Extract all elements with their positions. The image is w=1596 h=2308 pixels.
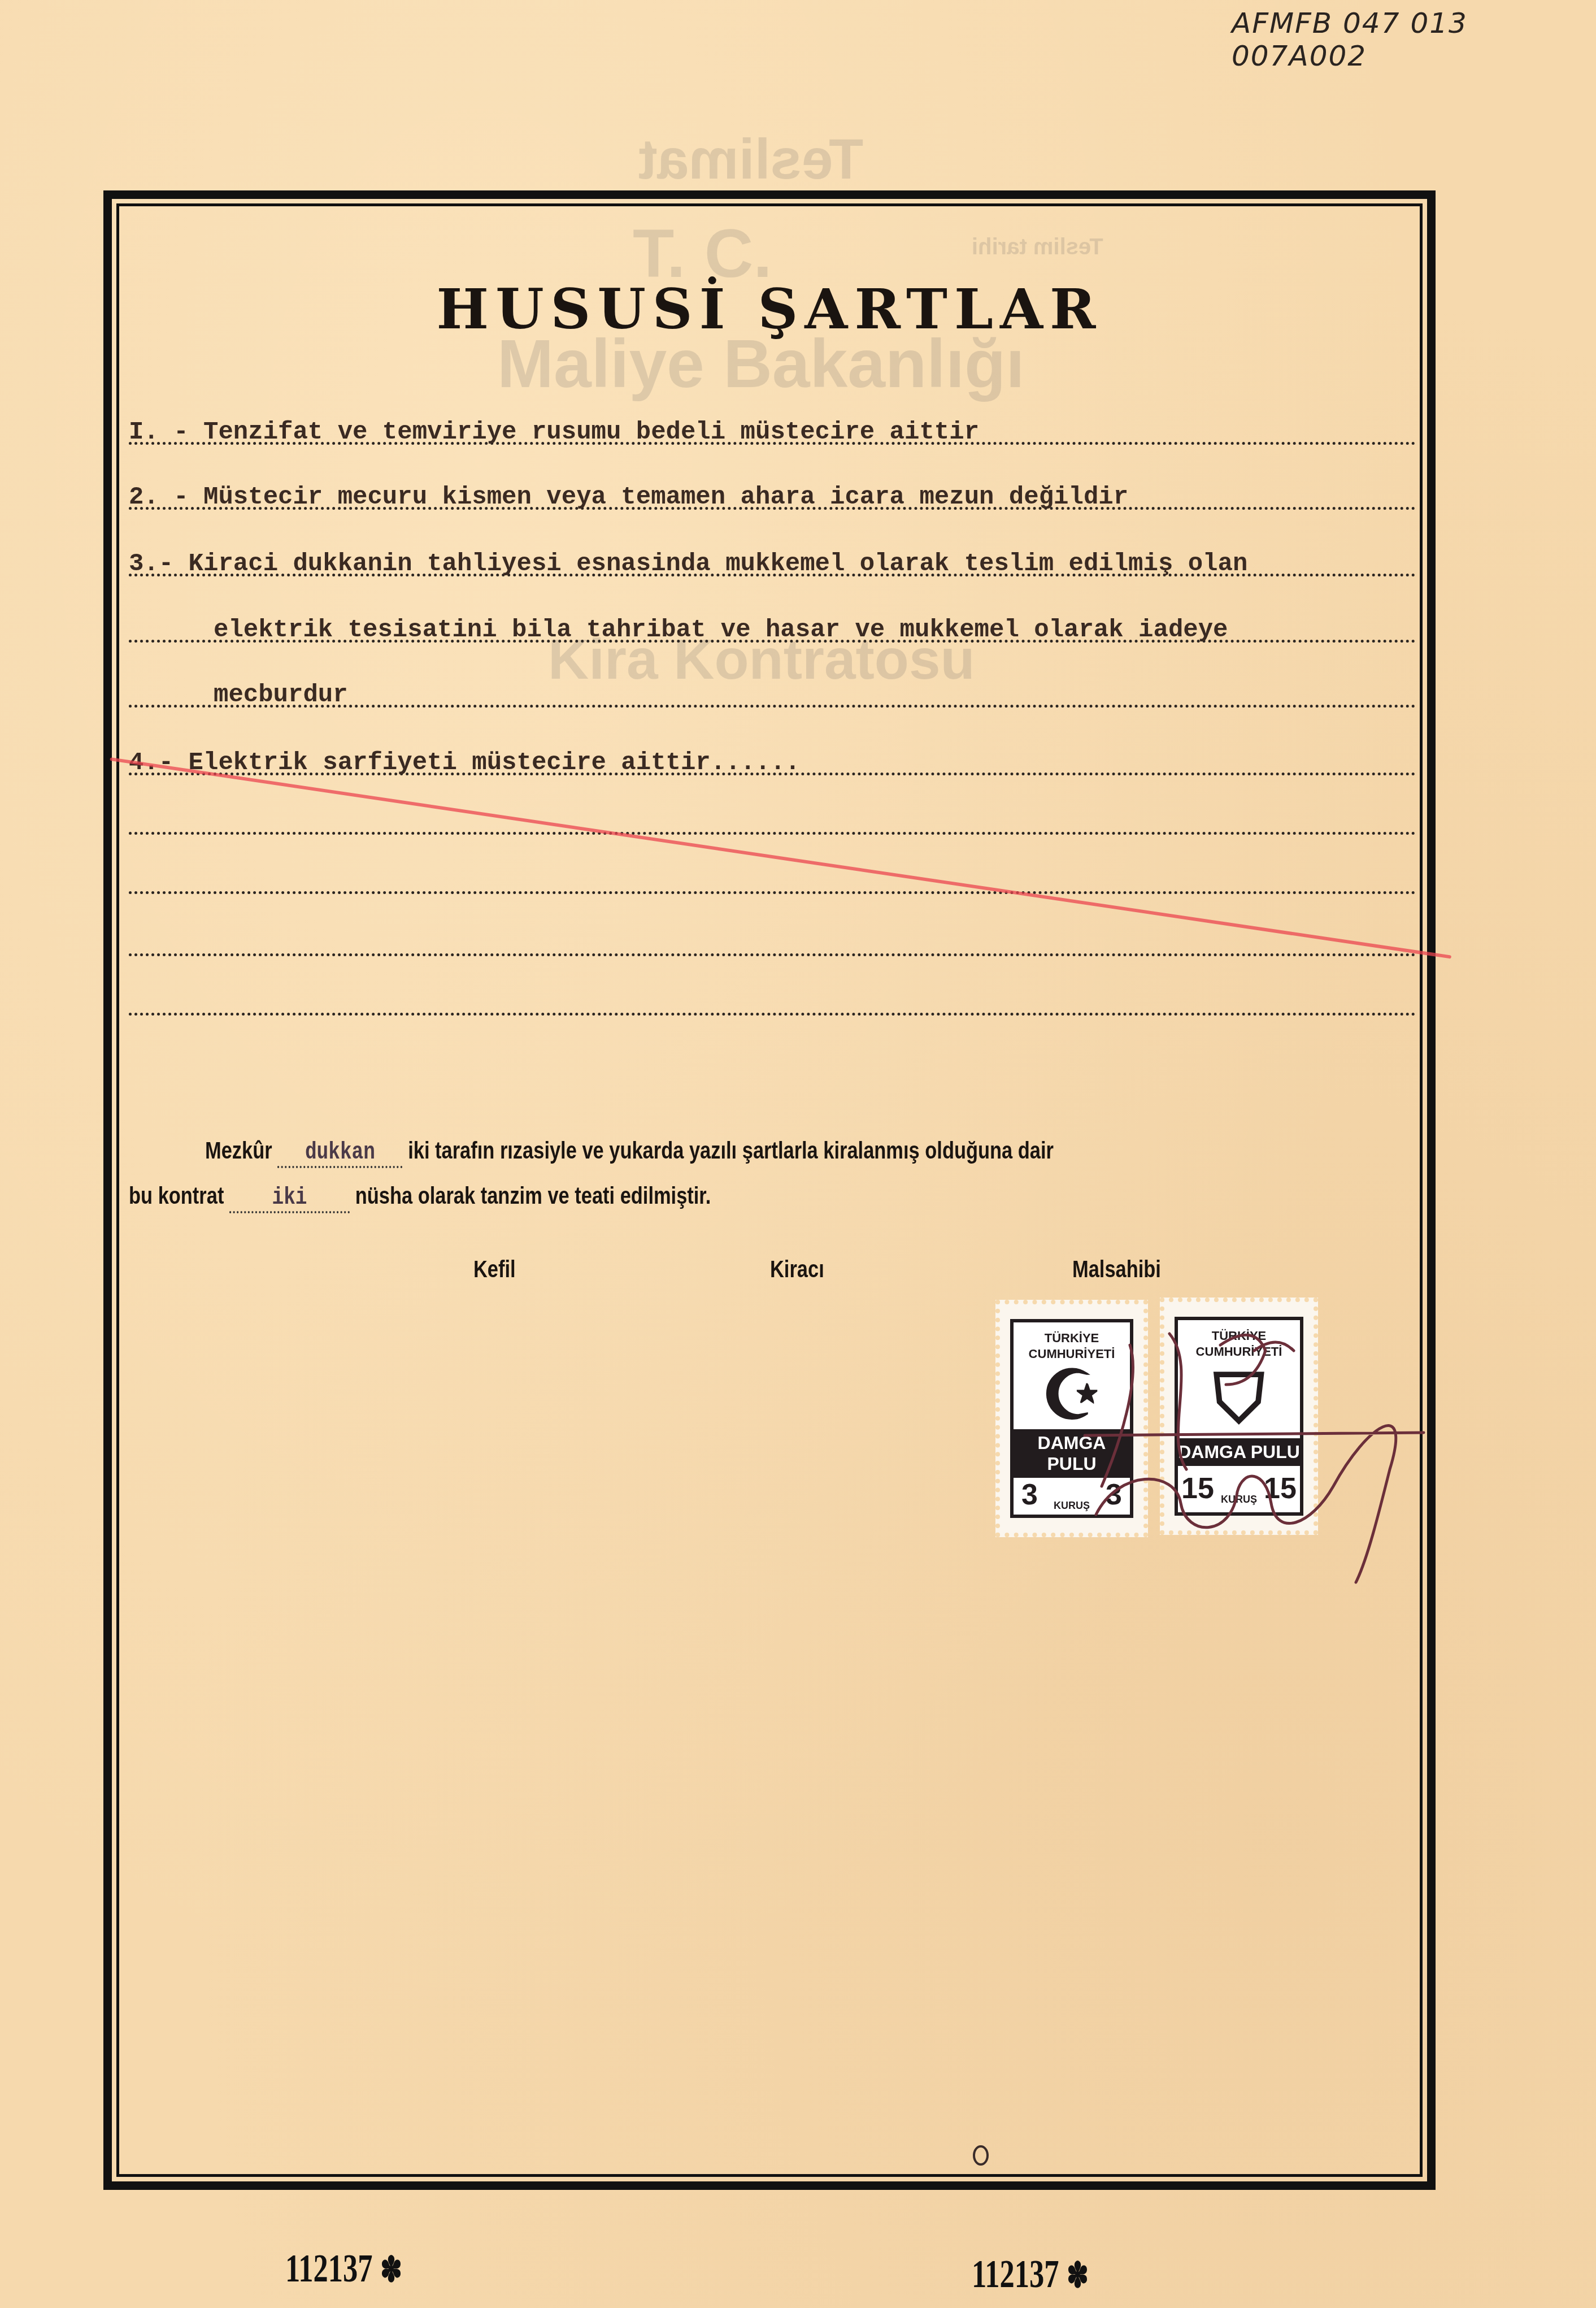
asterisk-ornament-icon: ✽ (380, 2251, 402, 2289)
condition-line: 2. - Müstecir mecuru kismen veya temamen… (129, 473, 1416, 510)
document-frame: HUSUSİ ŞARTLAR I. - Tenzifat ve temviriy… (103, 190, 1436, 2190)
asterisk-ornament-icon: ✽ (1067, 2257, 1089, 2295)
serial-number-right: 112137✽ (972, 2252, 1089, 2297)
serial-number-left: 112137✽ (285, 2246, 402, 2292)
condition-text: 3.- Kiraci dukkanin tahliyesi esnasinda … (129, 550, 1247, 578)
serial-text: 112137 (972, 2253, 1059, 2296)
archive-id: AFMFB 047 013 007A002 (1232, 7, 1596, 72)
punch-hole (973, 2145, 989, 2166)
condition-line: elektrik tesisatini bila tahribat ve has… (129, 606, 1416, 643)
condition-line: 4.- Elektrik sarfiyeti müstecire aittir.… (129, 739, 1416, 775)
condition-line: mecburdur (129, 671, 1416, 708)
owner-signature (1051, 1300, 1446, 1594)
condition-line (129, 979, 1416, 1016)
condition-line (129, 857, 1416, 894)
page-title: HUSUSİ ŞARTLAR (112, 277, 1427, 342)
condition-line (129, 798, 1416, 835)
stamp-value: 3 (1021, 1478, 1038, 1512)
agreement-prefix: Mezkûr (205, 1137, 272, 1164)
guarantor-label: Kefil (473, 1256, 516, 1283)
condition-text: I. - Tenzifat ve temviriye rusumu bedeli… (129, 418, 979, 446)
tenant-label: Kiracı (770, 1256, 824, 1283)
agreement-prefix: bu kontrat (129, 1182, 224, 1209)
condition-text: 2. - Müstecir mecuru kismen veya temamen… (129, 483, 1128, 511)
property-type-fill: dukkan (277, 1139, 402, 1168)
condition-text: mecburdur (214, 681, 348, 709)
agreement-suffix: nüsha olarak tanzim ve teati edilmiştir. (355, 1182, 711, 1209)
agreement-line-2: bu kontrat iki nüsha olarak tanzim ve te… (129, 1182, 1170, 1213)
condition-text: elektrik tesisatini bila tahribat ve has… (214, 616, 1228, 644)
bleed-through-heading: Teslimat (638, 127, 863, 192)
agreement-suffix: iki tarafın rızasiyle ve yukarda yazılı … (408, 1137, 1054, 1164)
copy-count-fill: iki (229, 1184, 350, 1213)
condition-line: 3.- Kiraci dukkanin tahliyesi esnasinda … (129, 540, 1416, 576)
serial-text: 112137 (285, 2247, 373, 2290)
condition-line: I. - Tenzifat ve temviriye rusumu bedeli… (129, 408, 1416, 445)
condition-text: 4.- Elektrik sarfiyeti müstecire aittir.… (129, 749, 800, 777)
agreement-line-1: Mezkûr dukkan iki tarafın rızasiyle ve y… (205, 1137, 1184, 1168)
owner-label: Malsahibi (1072, 1256, 1161, 1283)
